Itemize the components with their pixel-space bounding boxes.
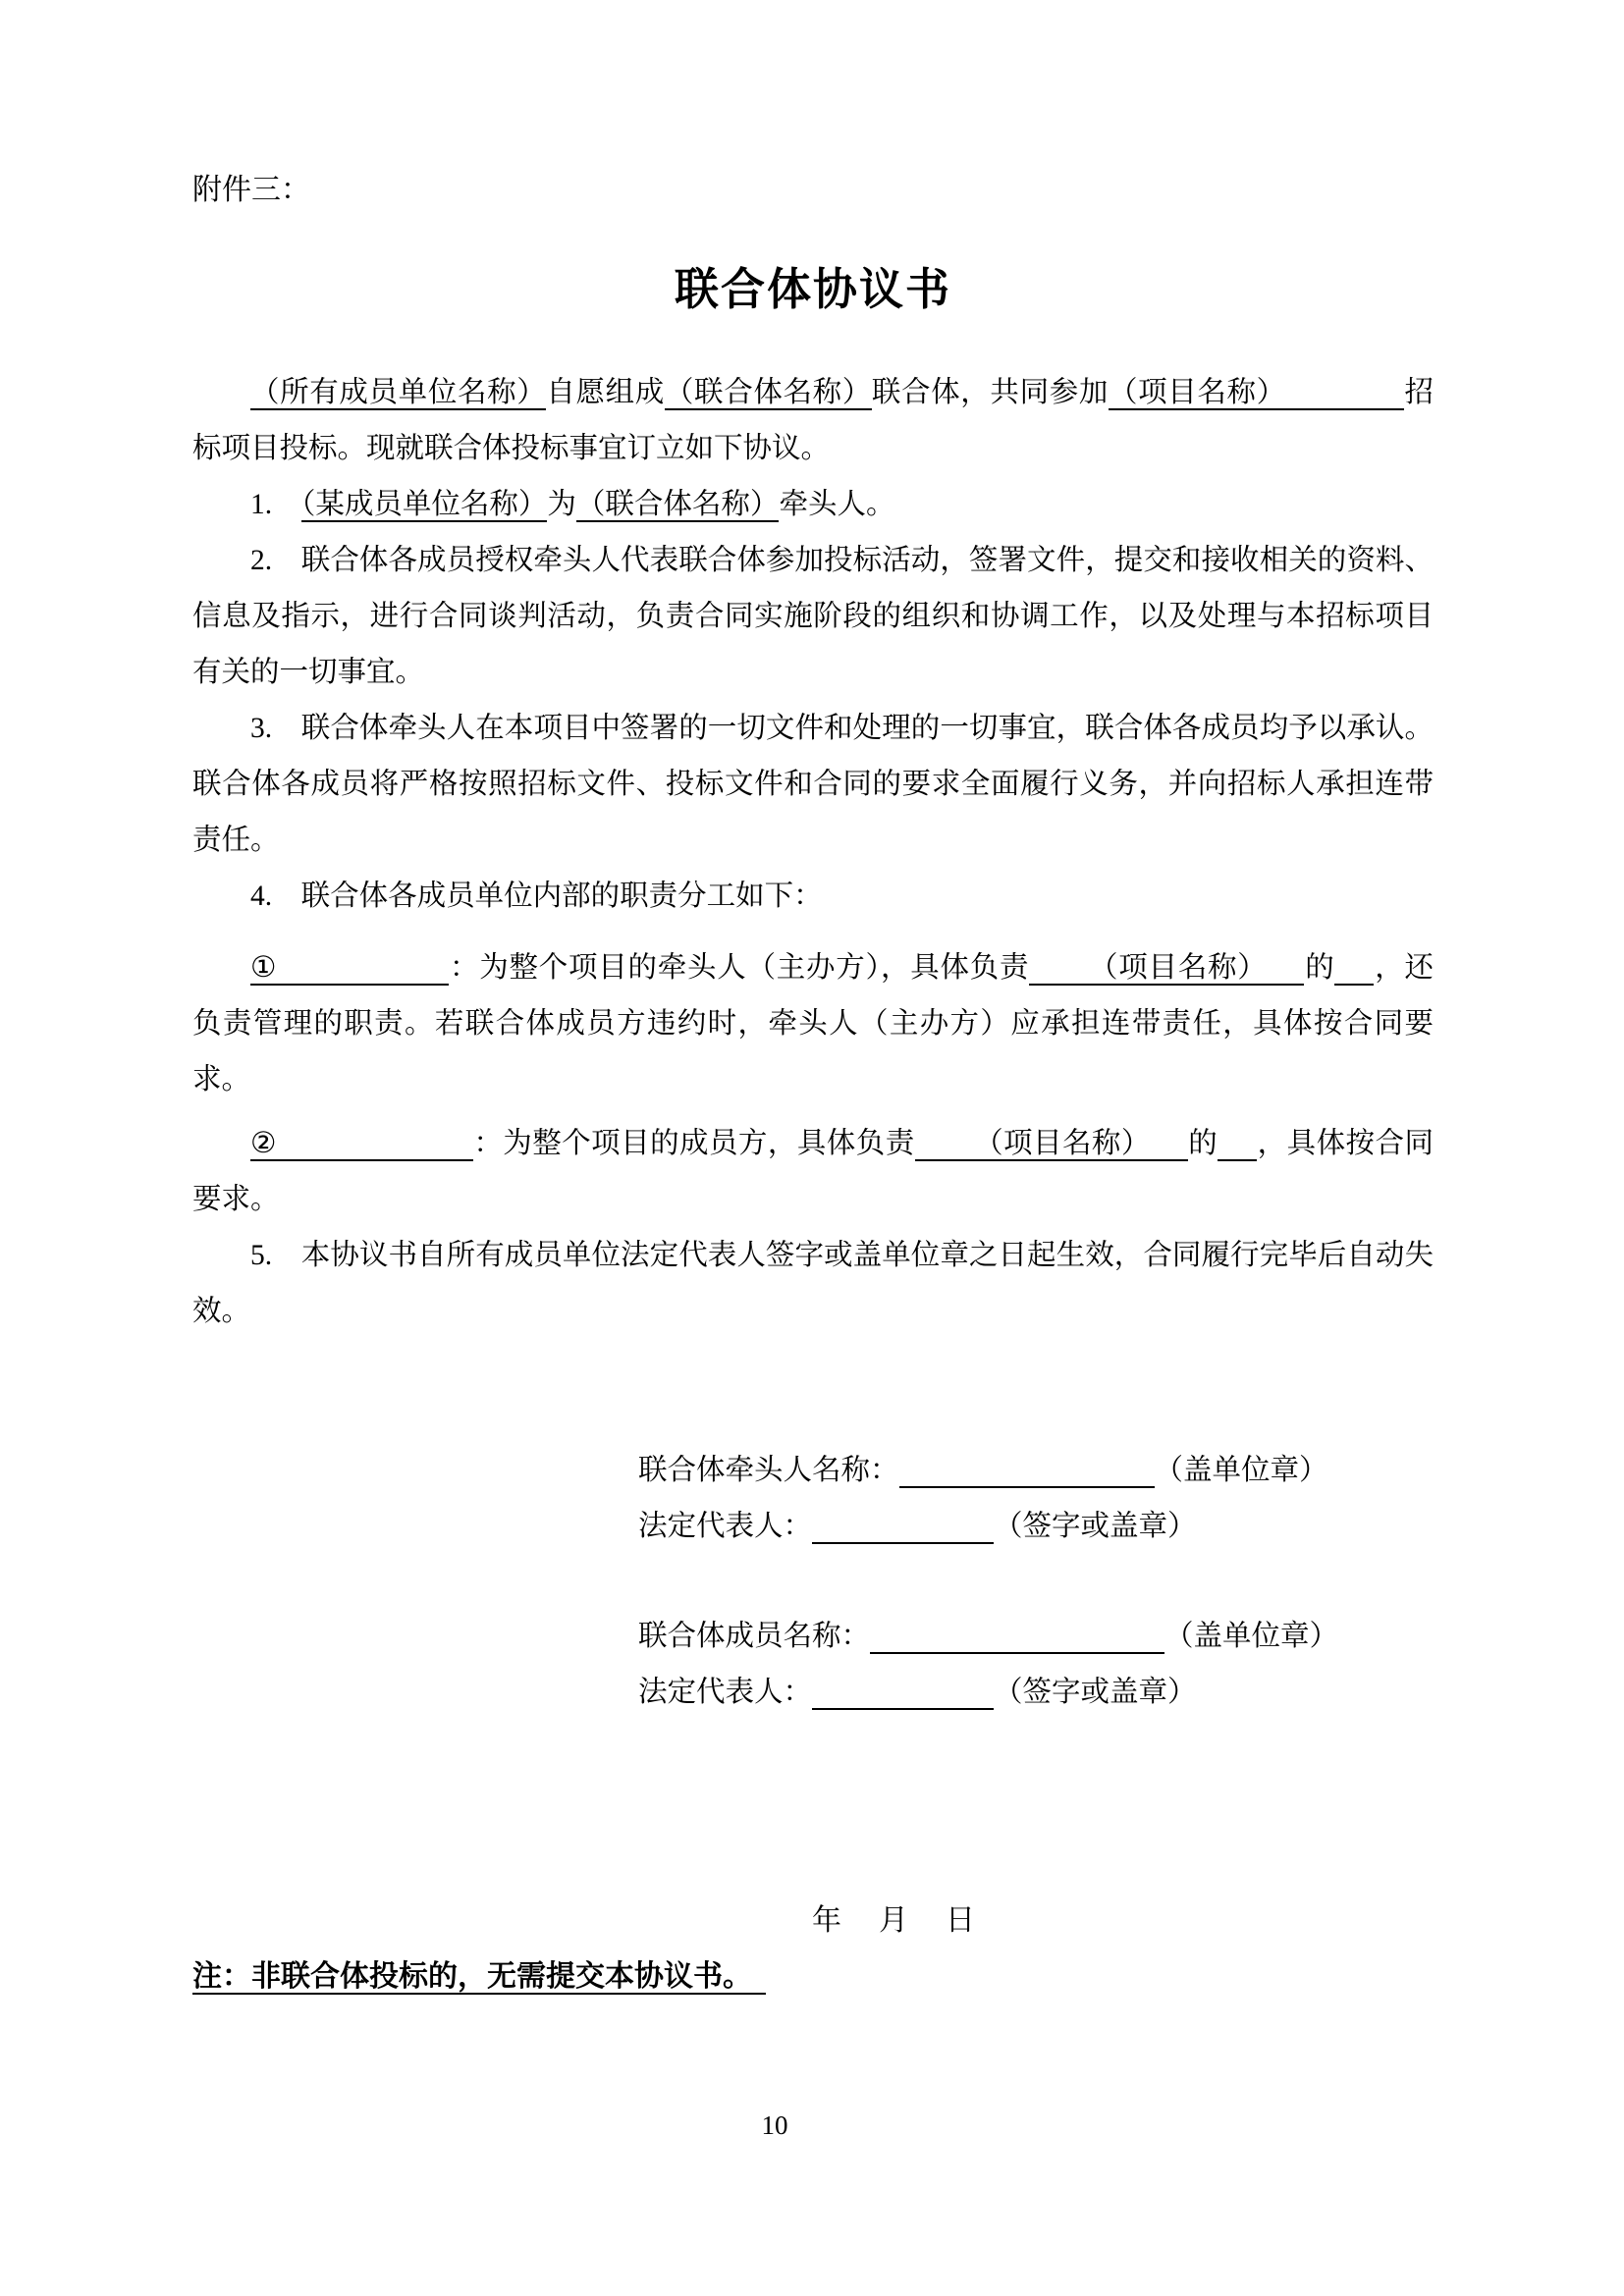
duty-1-text-1: ：为整个项目的牵头人（主办方），具体负责	[449, 952, 1029, 984]
project-name-placeholder: （项目名称）	[974, 1128, 1151, 1159]
blank-line	[1029, 976, 1088, 977]
leader-rep-label: 法定代表人：	[638, 1511, 812, 1542]
paragraph-item-2: 2. 联合体各成员授权牵头人代表联合体参加投标活动，签署文件，提交和接收相关的资…	[192, 533, 1434, 701]
paragraph-intro: （所有成员单位名称）自愿组成（联合体名称）联合体，共同参加（项目名称）招标项目投…	[192, 365, 1434, 477]
member-rep-row: 法定代表人：（签字或盖章）	[638, 1665, 1434, 1721]
document-content: 附件三： 联合体协议书 （所有成员单位名称）自愿组成（联合体名称）联合体，共同参…	[192, 0, 1434, 2004]
blank-line	[1218, 1151, 1257, 1152]
member-name-row: 联合体成员名称：（盖单位章）	[638, 1609, 1434, 1665]
item-1-text-2: 牵头人。	[779, 489, 894, 520]
paragraph-item-5: 5. 本协议书自所有成员单位法定代表人签字或盖单位章之日起生效，合同履行完毕后自…	[192, 1228, 1434, 1340]
blank-line	[915, 1151, 974, 1152]
attachment-label: 附件三：	[192, 173, 1434, 208]
duty-2-scope-field	[1218, 1128, 1257, 1161]
member-name-blank	[870, 1621, 1164, 1654]
project-name-placeholder: （项目名称）	[1088, 952, 1267, 984]
date-line: 年月日	[192, 1893, 1434, 1949]
paragraph-item-4: 4. 联合体各成员单位内部的职责分工如下：	[192, 869, 1434, 925]
member-rep-blank	[812, 1677, 994, 1710]
member-rep-suffix: （签字或盖章）	[994, 1677, 1197, 1708]
item-1-number: 1.	[250, 489, 301, 520]
date-day-label: 日	[946, 1904, 975, 1937]
member-name-suffix: （盖单位章）	[1164, 1621, 1338, 1652]
note-underlined: 注：非联合体投标的，无需提交本协议书。	[192, 1960, 766, 1995]
field-project-name: （项目名称）	[1109, 377, 1404, 410]
duty-1-project-field: （项目名称）	[1029, 952, 1304, 986]
duty-2-party-field: ②	[250, 1128, 473, 1161]
leader-rep-suffix: （签字或盖章）	[994, 1511, 1197, 1542]
paragraph-duty-1: ①：为整个项目的牵头人（主办方），具体负责（项目名称）的，还负责管理的职责。若联…	[192, 940, 1434, 1108]
page-number: 10	[192, 2109, 1434, 2142]
note-text: 注：非联合体投标的，无需提交本协议书。	[192, 1960, 752, 1993]
signature-block-leader: 联合体牵头人名称：（盖单位章） 法定代表人：（签字或盖章）	[192, 1443, 1434, 1555]
date-year-label: 年	[812, 1904, 841, 1937]
blank-line	[1151, 1151, 1188, 1152]
intro-text-1: 自愿组成	[546, 377, 665, 408]
leader-name-row: 联合体牵头人名称：（盖单位章）	[638, 1443, 1434, 1499]
leader-name-blank	[899, 1455, 1155, 1488]
signature-block-member: 联合体成员名称：（盖单位章） 法定代表人：（签字或盖章）	[192, 1609, 1434, 1721]
blank-line	[812, 1700, 994, 1701]
blank-line	[870, 1644, 1164, 1645]
page-title: 联合体协议书	[192, 257, 1434, 322]
leader-name-suffix: （盖单位章）	[1155, 1455, 1328, 1486]
blank-line	[277, 976, 449, 977]
blank-line	[1267, 976, 1304, 977]
duty-1-party-field: ①	[250, 952, 449, 986]
note-line: 注：非联合体投标的，无需提交本协议书。	[192, 1949, 1434, 2004]
document-page: 附件三： 联合体协议书 （所有成员单位名称）自愿组成（联合体名称）联合体，共同参…	[0, 0, 1624, 2296]
leader-rep-blank	[812, 1511, 994, 1544]
duty-2-text-1: ：为整个项目的成员方，具体负责	[473, 1128, 915, 1159]
field-consortium-name: （联合体名称）	[665, 377, 872, 410]
blank-line	[277, 1151, 473, 1152]
leader-name-label: 联合体牵头人名称：	[638, 1455, 899, 1486]
leader-rep-row: 法定代表人：（签字或盖章）	[638, 1499, 1434, 1555]
paragraph-item-3: 3. 联合体牵头人在本项目中签署的一切文件和处理的一切事宜，联合体各成员均予以承…	[192, 701, 1434, 869]
field-consortium-name-2: （联合体名称）	[576, 489, 780, 522]
member-rep-label: 法定代表人：	[638, 1677, 812, 1708]
circled-one-label: ①	[250, 952, 277, 984]
paragraph-item-1: 1. （某成员单位名称）为（联合体名称）牵头人。	[192, 477, 1434, 533]
duty-2-project-field: （项目名称）	[915, 1128, 1188, 1161]
intro-text-2: 联合体，共同参加	[872, 377, 1109, 408]
member-name-label: 联合体成员名称：	[638, 1621, 870, 1652]
blank-line	[1286, 400, 1404, 401]
item-1-text-1: 为	[547, 489, 576, 520]
duty-1-scope-field	[1334, 952, 1374, 986]
duty-1-text-2: 的	[1304, 952, 1334, 984]
date-month-label: 月	[879, 1904, 908, 1937]
duty-2-text-2: 的	[1188, 1128, 1218, 1159]
blank-line	[752, 1985, 766, 1986]
paragraph-duty-2: ②：为整个项目的成员方，具体负责（项目名称）的，具体按合同要求。	[192, 1116, 1434, 1228]
blank-line	[899, 1478, 1155, 1479]
blank-line	[812, 1534, 994, 1535]
circled-two-label: ②	[250, 1128, 277, 1159]
field-all-members: （所有成员单位名称）	[250, 377, 546, 410]
project-name-placeholder: （项目名称）	[1109, 377, 1286, 408]
field-member-name: （某成员单位名称）	[301, 489, 548, 522]
blank-line	[1334, 976, 1374, 977]
